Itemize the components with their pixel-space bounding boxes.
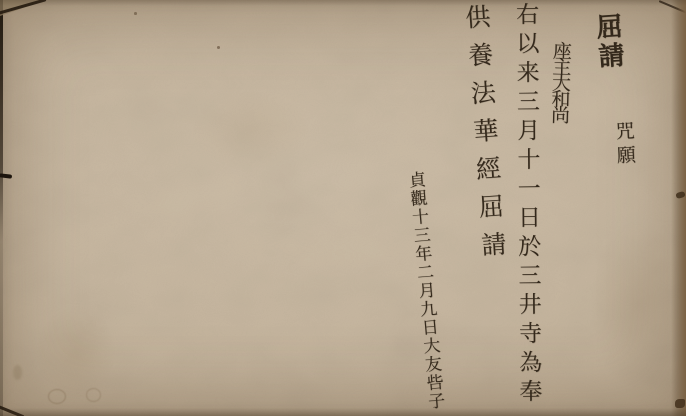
addressee-column: 座主大和尚 bbox=[546, 41, 575, 122]
edge-shadow-top bbox=[0, 0, 686, 6]
edge-shadow-left bbox=[0, 0, 3, 416]
edge-shadow-bottom bbox=[0, 408, 686, 416]
annotation-column: 咒願 bbox=[610, 120, 639, 169]
edge-fleck-right-lower bbox=[675, 399, 685, 408]
body-column-2: 供養法華經屈請 bbox=[457, 3, 511, 271]
stain-speck bbox=[134, 12, 137, 15]
date-signature-column: 貞觀十三年二月九日大友呰子 bbox=[402, 170, 448, 412]
paper-texture bbox=[0, 0, 686, 416]
corner-mark-top-right bbox=[659, 0, 686, 15]
corner-crease-top-left bbox=[0, 0, 46, 14]
pin-mark-left bbox=[0, 173, 12, 178]
stain-blob bbox=[13, 365, 22, 380]
stain-smudge bbox=[590, 220, 685, 390]
edge-strip-right bbox=[671, 0, 686, 416]
corner-fold-top-left bbox=[0, 0, 46, 16]
edge-fleck-right-upper bbox=[675, 191, 685, 199]
stain-ring bbox=[48, 389, 66, 404]
body-column-1: 右以来三月十一日於三井寺為奉 bbox=[509, 2, 546, 408]
stain-ring bbox=[86, 388, 101, 402]
manuscript-photo: 屈請 座主大和尚 咒願 右以来三月十一日於三井寺為奉 供養法華經屈請 貞觀十三年… bbox=[0, 0, 686, 416]
stain-smudge bbox=[190, 90, 310, 170]
stain-speck bbox=[217, 46, 220, 49]
manuscript-title: 屈請 bbox=[588, 12, 629, 72]
stain-smudge bbox=[36, 305, 116, 400]
corner-mark-bottom-left bbox=[0, 405, 25, 416]
